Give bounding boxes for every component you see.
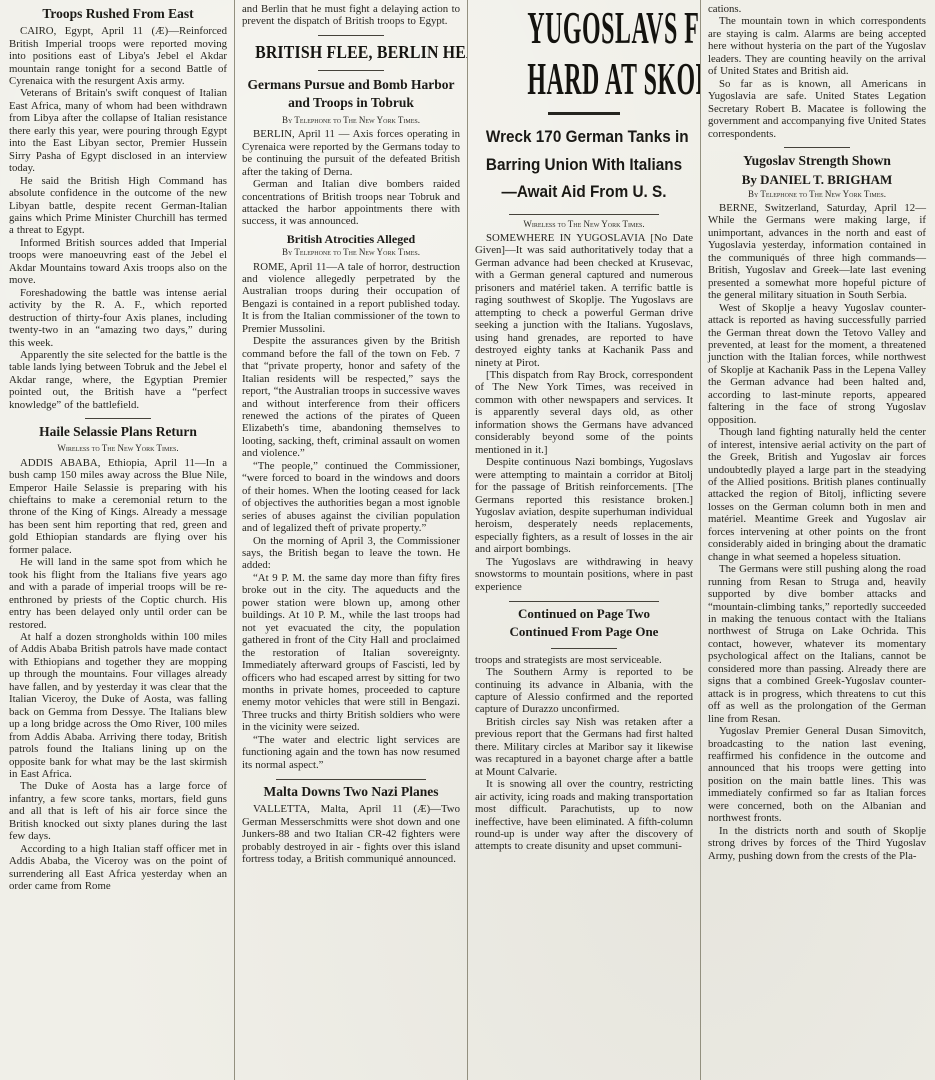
article-paragraph: According to a high Italian staff office… [9, 843, 227, 893]
article-paragraph: The Yugoslavs are withdrawing in heavy s… [475, 556, 693, 593]
article-paragraph: Foreshadowing the battle was intense aer… [9, 287, 227, 349]
column-layout: Troops Rushed From EastCAIRO, Egypt, Apr… [0, 0, 935, 1080]
wire-credit: By Telephone to The New York Times. [242, 115, 460, 126]
article-paragraph: Though land fighting naturally held the … [708, 426, 926, 563]
news-column-2: and Berlin that he must fight a delaying… [234, 0, 467, 1080]
article-paragraph: Despite the assurances given by the Brit… [242, 335, 460, 460]
article-paragraph-continued: cations. [708, 3, 926, 15]
divider-rule-long [509, 601, 659, 602]
article-paragraph: He will land in the same spot from which… [9, 556, 227, 631]
article-paragraph: In the districts north and south of Skop… [708, 825, 926, 862]
article-paragraph: Despite continuous Nazi bombings, Yugosl… [475, 456, 693, 556]
article-paragraph: Informed British sources added that Impe… [9, 237, 227, 287]
divider-rule [318, 35, 384, 36]
divider-rule [85, 418, 151, 419]
article-paragraph: BERNE, Switzerland, Saturday, April 12—W… [708, 202, 926, 302]
article-paragraph: “At 9 P. M. the same day more than fifty… [242, 572, 460, 734]
main-headline: YUGOSLAVS FIGHT HARD AT SKOPLJE [527, 3, 640, 104]
wire-credit: By Telephone to The New York Times. [708, 189, 926, 200]
article-heading: Troops Rushed From East [9, 6, 227, 22]
article-heading: Malta Downs Two Nazi Planes [242, 784, 460, 800]
author-byline: By DANIEL T. BRIGHAM [708, 172, 926, 188]
section-headline: BRITISH FLEE, BERLIN HEARS [255, 42, 447, 63]
article-paragraph: Veterans of Britain's swift conquest of … [9, 87, 227, 174]
article-paragraph: On the morning of April 3, the Commissio… [242, 535, 460, 572]
divider-rule [784, 147, 850, 148]
article-paragraph-continued: troops and strategists are most servicea… [475, 654, 693, 666]
article-paragraph: The Duke of Aosta has a large force of i… [9, 780, 227, 842]
article-paragraph: CAIRO, Egypt, April 11 (Æ)—Reinforced Br… [9, 25, 227, 87]
news-column-4: cations.The mountain town in which corre… [700, 0, 933, 1080]
divider-rule [551, 648, 617, 649]
continued-notice: Continued From Page One [475, 624, 693, 640]
article-paragraph: BERLIN, April 11 — Axis forces operating… [242, 128, 460, 178]
article-paragraph: He said the British High Command has abs… [9, 175, 227, 237]
article-paragraph: Yugoslav Premier General Dusan Simovitch… [708, 725, 926, 825]
article-paragraph: VALLETTA, Malta, April 11 (Æ)—Two German… [242, 803, 460, 865]
wire-credit: Wireless to The New York Times. [9, 443, 227, 454]
article-paragraph: So far as is known, all Americans in Yug… [708, 78, 926, 140]
deck-headline: Wreck 170 German Tanks in Barring Union … [486, 123, 682, 206]
headline-rule [548, 112, 620, 115]
article-paragraph: ROME, April 11—A tale of horror, destruc… [242, 261, 460, 336]
sub-headline: Germans Pursue and Bomb Harbor and Troop… [242, 76, 460, 112]
article-paragraph: It is snowing all over the country, rest… [475, 778, 693, 853]
divider-rule-long [509, 214, 659, 215]
newspaper-page: Troops Rushed From EastCAIRO, Egypt, Apr… [0, 0, 935, 1080]
article-paragraph: SOMEWHERE IN YUGOSLAVIA [No Date Given]—… [475, 232, 693, 369]
news-column-3: YUGOSLAVS FIGHT HARD AT SKOPLJEWreck 170… [467, 0, 700, 1080]
article-paragraph: [This dispatch from Ray Brock, correspon… [475, 369, 693, 456]
wire-credit: By Telephone to The New York Times. [242, 247, 460, 258]
article-paragraph: Apparently the site selected for the bat… [9, 349, 227, 411]
continued-notice: Continued on Page Two [475, 606, 693, 622]
article-subheading: British Atrocities Alleged [242, 232, 460, 246]
article-paragraph: “The people,” continued the Commissioner… [242, 460, 460, 535]
wire-credit: Wireless to The New York Times. [475, 219, 693, 230]
article-heading: Yugoslav Strength Shown [708, 153, 926, 169]
article-paragraph: West of Skoplje a heavy Yugoslav counter… [708, 302, 926, 427]
article-heading: Haile Selassie Plans Return [9, 424, 227, 440]
article-paragraph: ADDIS ABABA, Ethiopia, April 11—In a bus… [9, 457, 227, 557]
divider-rule [318, 70, 384, 71]
article-paragraph: The Germans were still pushing along the… [708, 563, 926, 725]
article-paragraph: German and Italian dive bombers raided c… [242, 178, 460, 228]
article-paragraph: The Southern Army is reported to be cont… [475, 666, 693, 716]
article-paragraph: British circles say Nish was retaken aft… [475, 716, 693, 778]
news-column-1: Troops Rushed From EastCAIRO, Egypt, Apr… [2, 0, 234, 1080]
article-paragraph: The mountain town in which correspondent… [708, 15, 926, 77]
divider-rule-long [276, 779, 426, 780]
article-paragraph: “The water and electric light services a… [242, 734, 460, 771]
article-paragraph: At half a dozen strongholds within 100 m… [9, 631, 227, 780]
article-paragraph-continued: and Berlin that he must fight a delaying… [242, 3, 460, 28]
